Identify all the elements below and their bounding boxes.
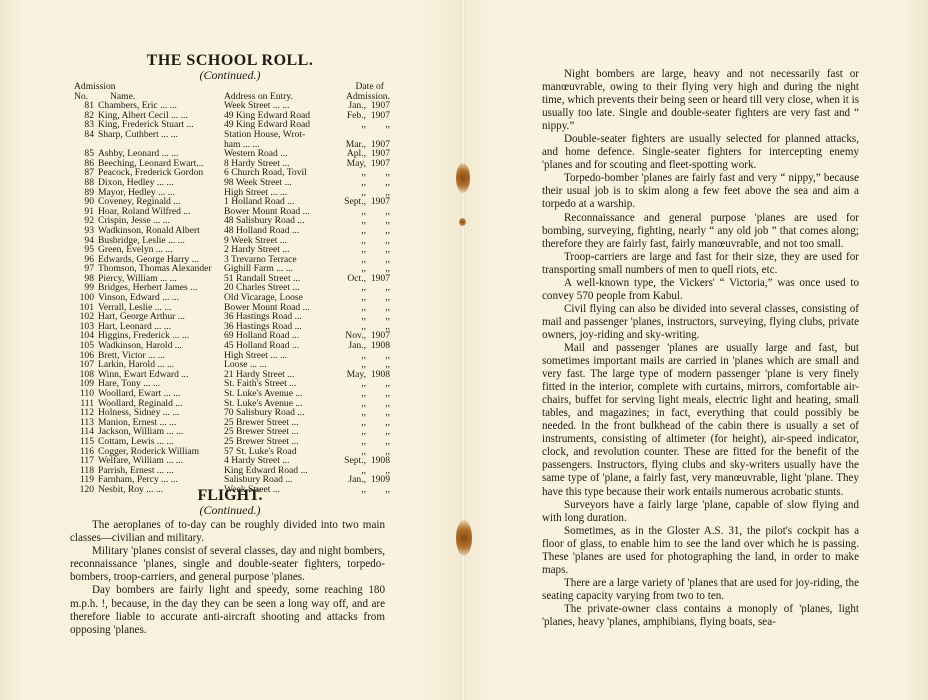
school-roll-table: Admission Date of No. Name. Address on E…	[74, 82, 390, 495]
paragraph: Sometimes, as in the Gloster A.S. 31, th…	[542, 525, 859, 577]
admission-number: 84	[74, 130, 94, 140]
paragraph: Civil flying can also be divided into se…	[542, 303, 859, 342]
book-spread: THE SCHOOL ROLL. (Continued.) Admission …	[0, 0, 928, 700]
paragraph: Reconnaissance and general purpose 'plan…	[542, 212, 859, 251]
paragraph: The aeroplanes of to-day can be roughly …	[70, 519, 385, 545]
paragraph: Troop-carriers are large and fast for th…	[542, 251, 859, 277]
paragraph: Night bombers are large, heavy and not n…	[542, 68, 859, 133]
flight-text-right: Night bombers are large, heavy and not n…	[542, 68, 859, 629]
paragraph: Day bombers are fairly light and speedy,…	[70, 584, 385, 636]
rust-stain	[459, 218, 466, 226]
rust-stain	[456, 520, 472, 556]
paragraph: Military 'planes consist of several clas…	[70, 545, 385, 584]
rust-stain	[456, 163, 470, 193]
paragraph: Mail and passenger 'planes are usually l…	[542, 342, 859, 499]
book-spine	[461, 0, 465, 700]
paragraph: The private-owner class contains a monop…	[542, 603, 859, 629]
paragraph: There are a large variety of 'planes tha…	[542, 577, 859, 603]
paragraph: Torpedo-bomber 'planes are fairly fast a…	[542, 172, 859, 211]
paragraph: A well-known type, the Vickers' “ Victor…	[542, 277, 859, 303]
paragraph: Surveyors have a fairly large 'plane, ca…	[542, 499, 859, 525]
flight-subtitle: (Continued.)	[60, 503, 400, 518]
admission-year: ,,	[366, 120, 390, 130]
flight-text-left: The aeroplanes of to-day can be roughly …	[70, 519, 385, 637]
left-page: THE SCHOOL ROLL. (Continued.) Admission …	[0, 0, 463, 700]
admission-month: ,,	[336, 120, 366, 130]
paragraph: Double-seater fighters are usually selec…	[542, 133, 859, 172]
